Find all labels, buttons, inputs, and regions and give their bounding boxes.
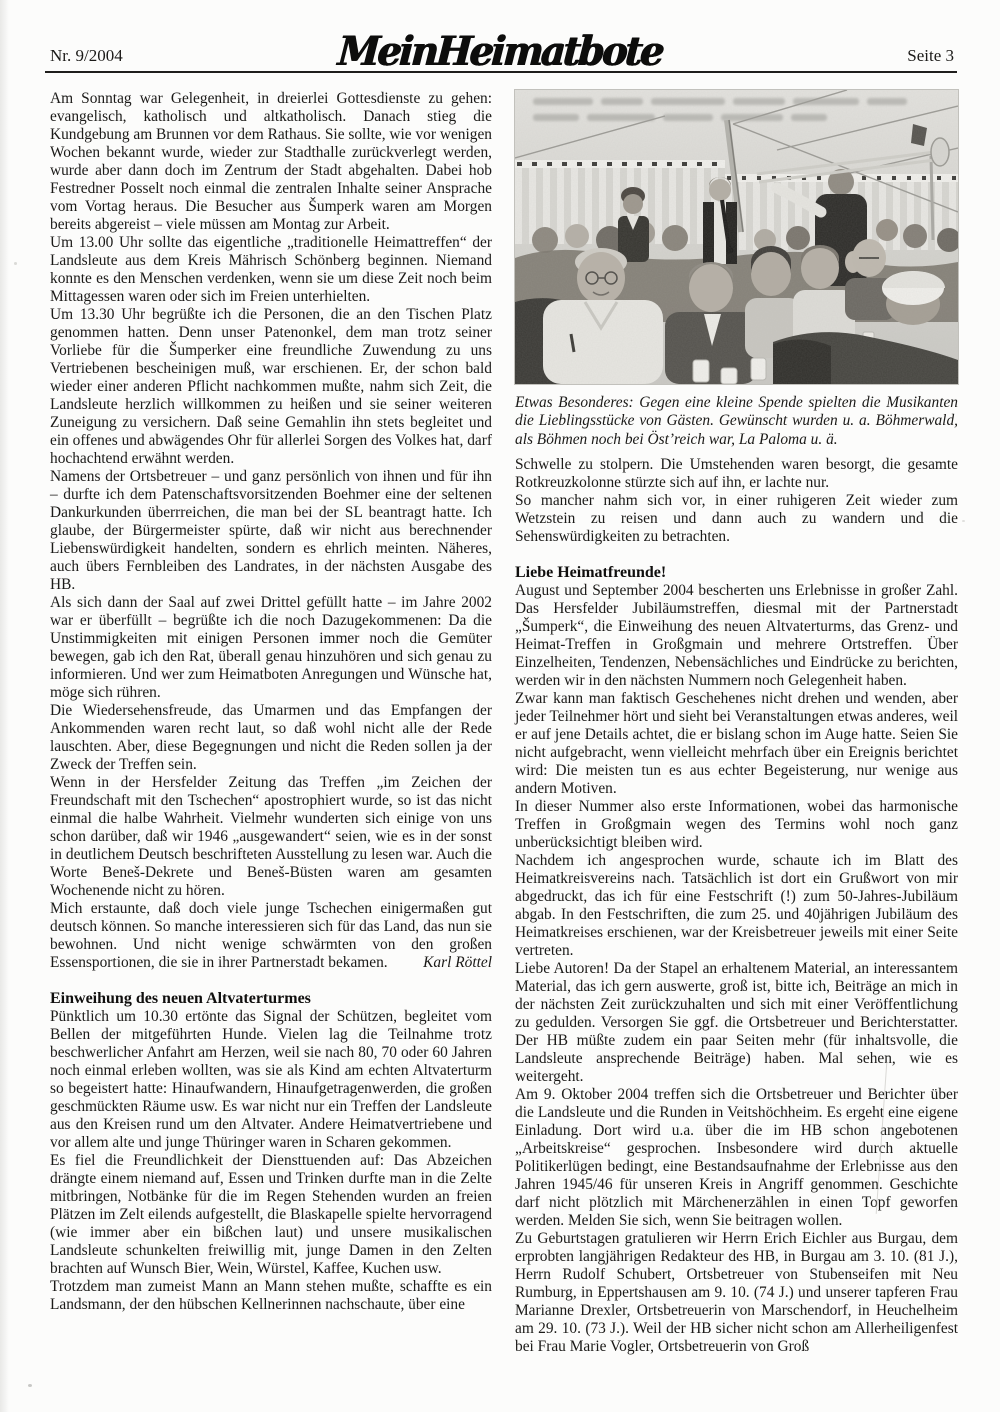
section-heading-altvaterturm: Einweihung des neuen Altvaterturmes	[50, 990, 492, 1008]
body-paragraph: Namens der Ortsbetreuer – und ganz persö…	[50, 468, 492, 594]
right-column: Etwas Besonderes: Gegen eine kleine Spen…	[515, 90, 958, 1356]
body-paragraph: Um 13.00 Uhr sollte das eigentliche „tra…	[50, 234, 492, 306]
body-paragraph: Pünktlich um 10.30 ertönte das Signal de…	[50, 1008, 492, 1152]
letter-heading: Liebe Heimatfreunde!	[515, 564, 958, 582]
body-paragraph: Zu Geburtstagen gratulieren wir Herrn Er…	[515, 1230, 958, 1356]
photo-grain	[515, 90, 958, 384]
body-paragraph: Um 13.30 Uhr begrüßte ich die Personen, …	[50, 306, 492, 468]
body-paragraph: Die Wiedersehensfreude, das Umarmen und …	[50, 702, 492, 774]
photo-caption: Etwas Besonderes: Gegen eine kleine Spen…	[515, 394, 958, 449]
body-paragraph: Nachdem ich angesprochen wurde, schaute …	[515, 852, 958, 960]
body-paragraph: In dieser Nummer also erste Informatione…	[515, 798, 958, 852]
body-paragraph: Am 9. Oktober 2004 treffen sich die Orts…	[515, 1086, 958, 1230]
author-signature: Karl Röttel	[423, 954, 492, 972]
newspaper-page: Nr. 9/2004 MeinHeimatbote Seite 3 Am Son…	[0, 0, 1000, 1412]
tent-photo	[515, 90, 958, 384]
photo-figure: Etwas Besonderes: Gegen eine kleine Spen…	[515, 90, 958, 449]
body-paragraph: Wenn in der Hersfelder Zeitung das Treff…	[50, 774, 492, 900]
body-paragraph: Trotzdem man zumeist Mann an Mann stehen…	[50, 1278, 492, 1314]
scan-speck	[962, 520, 965, 522]
page-number: Seite 3	[907, 46, 954, 66]
body-paragraph: Es fiel die Freundlichkeit der Diensttue…	[50, 1152, 492, 1278]
body-paragraph: Als sich dann der Saal auf zwei Drittel …	[50, 594, 492, 702]
body-paragraph: August und September 2004 bescherten uns…	[515, 582, 958, 690]
body-paragraph: Liebe Autoren! Da der Stapel an erhalten…	[515, 960, 958, 1086]
left-column: Am Sonntag war Gelegenheit, in dreierlei…	[50, 90, 492, 1356]
scan-speck	[28, 1384, 32, 1387]
body-paragraph: Am Sonntag war Gelegenheit, in dreierlei…	[50, 90, 492, 234]
page-columns: Am Sonntag war Gelegenheit, in dreierlei…	[50, 90, 958, 1356]
body-paragraph: Zwar kann man faktisch Geschehenes nicht…	[515, 690, 958, 798]
masthead-title: MeinHeimatbote	[0, 27, 1000, 75]
body-paragraph: So mancher nahm sich vor, in einer ruhig…	[515, 492, 958, 546]
header-rule	[45, 71, 957, 73]
body-paragraph: Schwelle zu stolpern. Die Umstehenden wa…	[515, 456, 958, 492]
scan-speck	[14, 262, 17, 265]
body-paragraph: Mich erstaunte, daß doch viele junge Tsc…	[50, 900, 492, 972]
